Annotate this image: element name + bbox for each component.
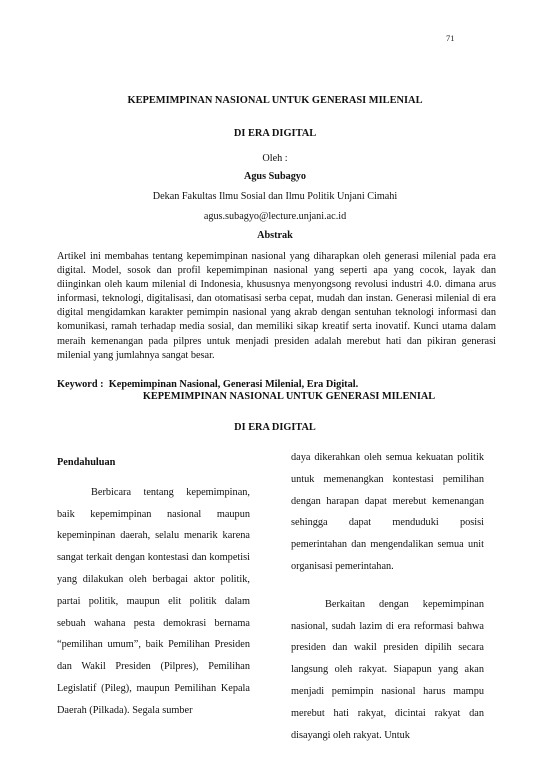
by-label: Oleh : <box>0 153 550 164</box>
keywords: Keyword : Kepemimpinan Nasional, Generas… <box>57 379 517 391</box>
author-email[interactable]: agus.subagyo@lecture.unjani.ac.id <box>0 211 550 222</box>
abstract-text: Artikel ini membahas tentang kepemimpina… <box>57 250 496 363</box>
body-paragraph: Berbicara tentang kepemimpinan, baik kep… <box>57 482 250 722</box>
keywords-text: Kepemimpinan Nasional, Generasi Milenial… <box>109 379 358 390</box>
right-column: daya dikerahkan oleh semua kekuatan poli… <box>291 447 484 746</box>
author-name: Agus Subagyo <box>0 171 550 182</box>
body-paragraph: daya dikerahkan oleh semua kekuatan poli… <box>291 447 484 578</box>
keywords-label: Keyword : <box>57 379 104 390</box>
body-paragraph: Berkaitan dengan kepemimpinan nasional, … <box>291 594 484 747</box>
paper-title-line2: DI ERA DIGITAL <box>0 128 550 139</box>
body-title-line2: DI ERA DIGITAL <box>0 422 550 433</box>
page-number: 71 <box>446 33 455 43</box>
section-heading: Pendahuluan <box>57 452 250 474</box>
paper-title-line1: KEPEMIMPINAN NASIONAL UNTUK GENERASI MIL… <box>0 95 550 106</box>
left-column: Pendahuluan Berbicara tentang kepemimpin… <box>57 452 250 722</box>
body-title-line1: KEPEMIMPINAN NASIONAL UNTUK GENERASI MIL… <box>0 391 550 402</box>
author-affiliation: Dekan Fakultas Ilmu Sosial dan Ilmu Poli… <box>0 191 550 202</box>
abstract-heading: Abstrak <box>0 230 550 241</box>
